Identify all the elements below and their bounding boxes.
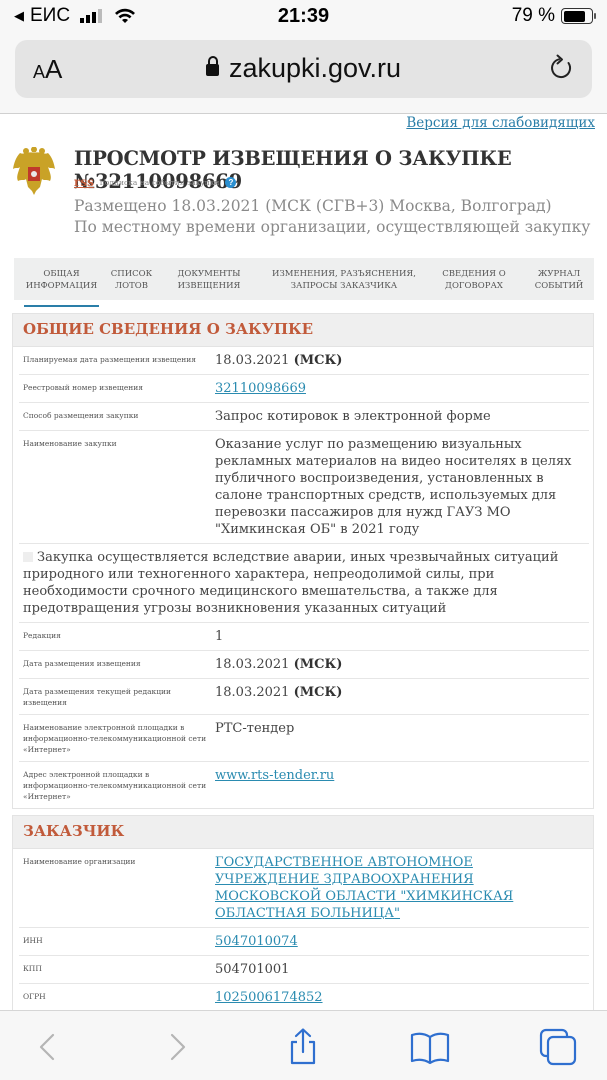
- tab-general-info[interactable]: ОБЩАЯИНФОРМАЦИЯ: [14, 258, 109, 300]
- lock-icon: [206, 64, 219, 76]
- forward-icon[interactable]: [157, 1027, 197, 1067]
- tab-event-log[interactable]: ЖУРНАЛСОБЫТИЙ: [524, 258, 594, 300]
- address-bar[interactable]: AA zakupki.gov.ru: [15, 40, 592, 98]
- table-row: Реестровый номер извещения 32110098669: [19, 375, 589, 403]
- table-row: ИНН 5047010074: [19, 928, 589, 956]
- emergency-checkbox[interactable]: [23, 552, 33, 562]
- field-value: 18.03.2021 (МСК): [215, 347, 589, 374]
- emergency-checkbox-label: Закупка осуществляется вследствие аварии…: [23, 550, 558, 616]
- field-label: Наименование закупки: [19, 431, 215, 543]
- procurement-method: Запрос котировок в электронной форме: [215, 403, 589, 430]
- rss-link[interactable]: rss: [74, 175, 94, 189]
- field-label: ИНН: [19, 928, 215, 955]
- url-text: zakupki.gov.ru: [229, 53, 401, 83]
- registry-number-link[interactable]: 32110098669: [215, 381, 306, 396]
- battery-percent: 79 %: [512, 5, 555, 27]
- tab-lots-list[interactable]: СПИСОКЛОТОВ: [109, 258, 154, 300]
- help-icon[interactable]: ?: [225, 177, 236, 188]
- url-display[interactable]: zakupki.gov.ru: [15, 53, 592, 84]
- table-row: Дата размещения извещения 18.03.2021 (МС…: [19, 651, 589, 679]
- organization-name-link[interactable]: ГОСУДАРСТВЕННОЕ АВТОНОМНОЕ УЧРЕЖДЕНИЕ ЗД…: [215, 855, 513, 921]
- rss-subscription-text: подписка на события закупки: [100, 178, 220, 187]
- ogrn-link[interactable]: 1025006174852: [215, 990, 323, 1005]
- tab-notice-documents[interactable]: ДОКУМЕНТЫИЗВЕЩЕНИЯ: [154, 258, 264, 300]
- field-label: ОГРН: [19, 984, 215, 1010]
- share-icon[interactable]: [283, 1027, 323, 1067]
- procurement-name: Оказание услуг по размещению визуальных …: [215, 431, 589, 543]
- platform-url-link[interactable]: www.rts-tender.ru: [215, 768, 334, 783]
- field-label: Редакция: [19, 623, 215, 650]
- emergency-checkbox-row: Закупка осуществляется вследствие аварии…: [19, 544, 589, 623]
- status-bar: ◀ ЕИС 21:39 79 %: [0, 0, 607, 34]
- status-right: 79 %: [512, 5, 593, 27]
- table-row: КПП 504701001: [19, 956, 589, 984]
- table-row: Наименование закупки Оказание услуг по р…: [19, 431, 589, 544]
- posted-info: Размещено 18.03.2021 (МСК (СГВ+3) Москва…: [74, 196, 590, 238]
- timezone: (МСК): [294, 685, 343, 700]
- customer-section: ЗАКАЗЧИК Наименование организации ГОСУДА…: [12, 815, 594, 1010]
- tab-label: СОБЫТИЙ: [524, 280, 594, 292]
- field-label: Наименование организации: [19, 849, 215, 927]
- tab-contracts-info[interactable]: СВЕДЕНИЯ ОДОГОВОРАХ: [424, 258, 524, 300]
- battery-icon: [561, 8, 593, 24]
- tab-label: СПИСОК: [109, 268, 154, 280]
- table-row: Способ размещения закупки Запрос котиров…: [19, 403, 589, 431]
- planned-date: 18.03.2021: [215, 353, 289, 368]
- timezone: (МСК): [294, 657, 343, 672]
- tab-label: СВЕДЕНИЯ О: [424, 268, 524, 280]
- table-row: Наименование организации ГОСУДАРСТВЕННОЕ…: [19, 849, 589, 928]
- tab-label: ДОКУМЕНТЫ: [154, 268, 264, 280]
- field-label: Реестровый номер извещения: [19, 375, 215, 402]
- general-info-section: ОБЩИЕ СВЕДЕНИЯ О ЗАКУПКЕ Планируемая дат…: [12, 313, 594, 809]
- timezone: (МСК): [294, 353, 343, 368]
- field-label: Способ размещения закупки: [19, 403, 215, 430]
- low-vision-version-link[interactable]: Версия для слабовидящих: [406, 115, 595, 131]
- table-row: Дата размещения текущей редакции извещен…: [19, 679, 589, 715]
- tabs-icon[interactable]: [538, 1027, 578, 1067]
- kpp-value: 504701001: [215, 956, 589, 983]
- tab-label: ОБЩАЯ: [14, 268, 109, 280]
- inn-link[interactable]: 5047010074: [215, 934, 298, 949]
- current-edition-date: 18.03.2021: [215, 685, 289, 700]
- field-label: Наименование электронной площадки в инфо…: [19, 715, 215, 761]
- platform-name: РТС-тендер: [215, 715, 589, 761]
- table-row: Адрес электронной площадки в информацион…: [19, 762, 589, 808]
- notice-tabs: ОБЩАЯИНФОРМАЦИЯ СПИСОКЛОТОВ ДОКУМЕНТЫИЗВ…: [14, 258, 594, 300]
- back-icon[interactable]: [28, 1027, 68, 1067]
- section-heading: ЗАКАЗЧИК: [13, 816, 593, 849]
- posted-date-line: Размещено 18.03.2021 (МСК (СГВ+3) Москва…: [74, 196, 590, 217]
- table-row: ОГРН 1025006174852: [19, 984, 589, 1010]
- rss-line: rss подписка на события закупки ?: [74, 175, 236, 189]
- field-label: Дата размещения извещения: [19, 651, 215, 678]
- web-page: Версия для слабовидящих ПРОСМОТР ИЗВЕЩЕН…: [0, 115, 607, 1010]
- tab-label: ИЗМЕНЕНИЯ, РАЗЪЯСНЕНИЯ,: [264, 268, 424, 280]
- table-row: Планируемая дата размещения извещения 18…: [19, 347, 589, 375]
- table-row: Редакция 1: [19, 623, 589, 651]
- field-label: Планируемая дата размещения извещения: [19, 347, 215, 374]
- field-label: Дата размещения текущей редакции извещен…: [19, 679, 215, 714]
- tab-changes-clarifications[interactable]: ИЗМЕНЕНИЯ, РАЗЪЯСНЕНИЯ,ЗАПРОСЫ ЗАКАЗЧИКА: [264, 258, 424, 300]
- posted-date: 18.03.2021: [215, 657, 289, 672]
- browser-toolbar: [0, 1010, 607, 1080]
- table-row: Наименование электронной площадки в инфо…: [19, 715, 589, 762]
- edition-value: 1: [215, 623, 589, 650]
- bookmarks-icon[interactable]: [410, 1027, 450, 1067]
- browser-address-area: AA zakupki.gov.ru: [0, 34, 607, 114]
- reload-icon[interactable]: [548, 54, 576, 82]
- field-label: Адрес электронной площадки в информацион…: [19, 762, 215, 808]
- posted-timezone-note: По местному времени организации, осущест…: [74, 217, 590, 238]
- tab-label: ИНФОРМАЦИЯ: [14, 280, 109, 292]
- field-label: КПП: [19, 956, 215, 983]
- tab-label: ЖУРНАЛ: [524, 268, 594, 280]
- tab-label: ДОГОВОРАХ: [424, 280, 524, 292]
- tab-label: ИЗВЕЩЕНИЯ: [154, 280, 264, 292]
- tab-label: ЗАПРОСЫ ЗАКАЗЧИКА: [264, 280, 424, 292]
- russian-coat-of-arms-icon: [10, 147, 58, 199]
- tab-label: ЛОТОВ: [109, 280, 154, 292]
- section-heading: ОБЩИЕ СВЕДЕНИЯ О ЗАКУПКЕ: [13, 314, 593, 347]
